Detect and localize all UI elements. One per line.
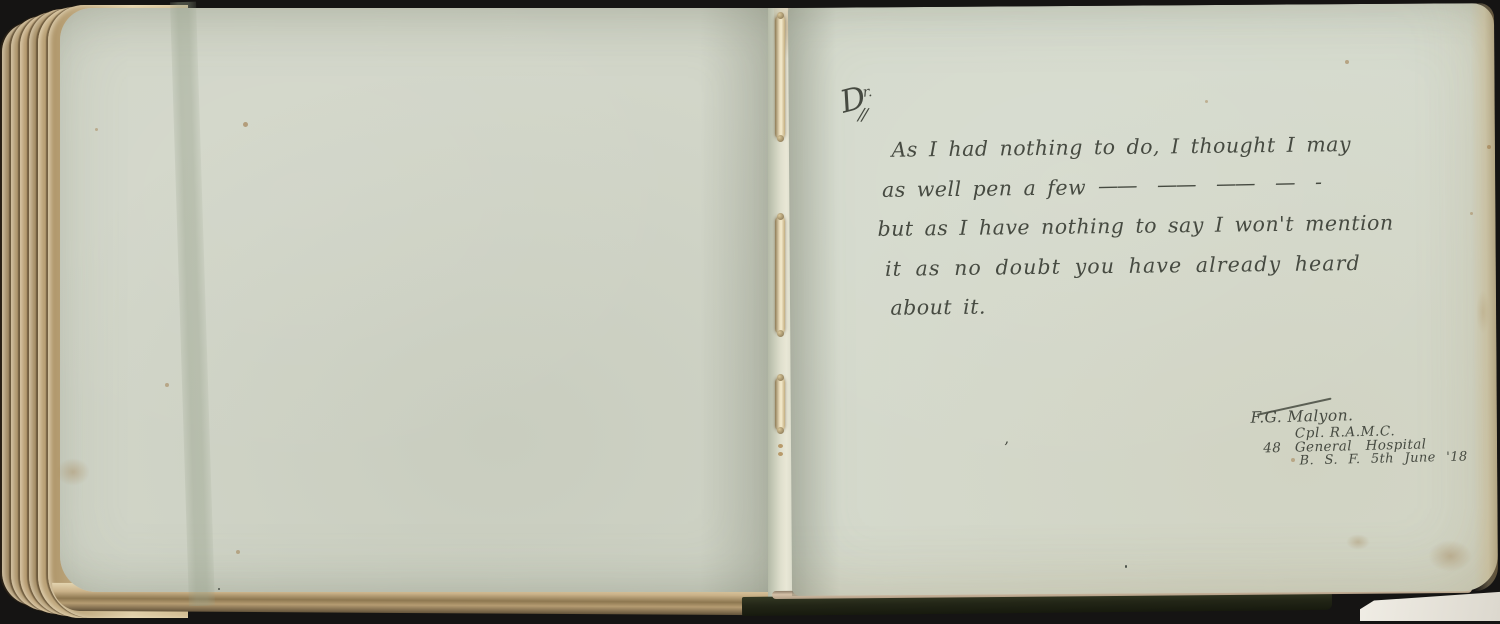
- stray-ink-mark: ’: [1004, 438, 1009, 456]
- entry-line: As I had nothing to do, I thought I may: [891, 124, 1456, 170]
- handwritten-entry: As I had nothing to do, I thought I may …: [876, 124, 1458, 329]
- signature-place-date: B. S. F. 5th June '18: [1299, 449, 1467, 468]
- binding-stitch-middle: [775, 216, 785, 334]
- entry-line-text: about it.: [890, 295, 986, 320]
- binding-stitch-bottom: [775, 377, 785, 431]
- signature-block: F.G. Malyon. Cpl. R.A.M.C. 48 General Ho…: [1236, 389, 1488, 481]
- page-crease-band: [170, 2, 215, 607]
- tissue-paper: [1360, 590, 1500, 621]
- stitch-hole: [778, 452, 783, 456]
- entry-line: about it.: [890, 282, 1458, 328]
- inscription-mark: Dr. //: [839, 80, 877, 120]
- right-page: Dr. // As I had nothing to do, I thought…: [788, 3, 1498, 596]
- entry-line-text: it as no doubt you have already heard: [885, 251, 1361, 281]
- entry-line-text: as well pen a few: [882, 175, 1086, 201]
- entry-line: but as I have nothing to say I won't men…: [877, 203, 1457, 250]
- entry-line: it as no doubt you have already heard: [885, 242, 1458, 288]
- entry-line-text: As I had nothing to do, I thought I may: [891, 132, 1351, 162]
- inscription-superscript: r.: [862, 84, 873, 101]
- stitch-hole: [778, 444, 783, 448]
- left-page: [60, 8, 772, 592]
- inscription-flourish: //: [858, 105, 867, 125]
- binding-stitch-top: [775, 15, 785, 139]
- blank-dashes: —— —— —— — -: [1098, 162, 1321, 206]
- entry-line: as well pen a few—— —— —— — -: [882, 163, 1457, 210]
- album-photo: Dr. // As I had nothing to do, I thought…: [0, 0, 1500, 624]
- entry-line-text: but as I have nothing to say I won't men…: [877, 211, 1393, 241]
